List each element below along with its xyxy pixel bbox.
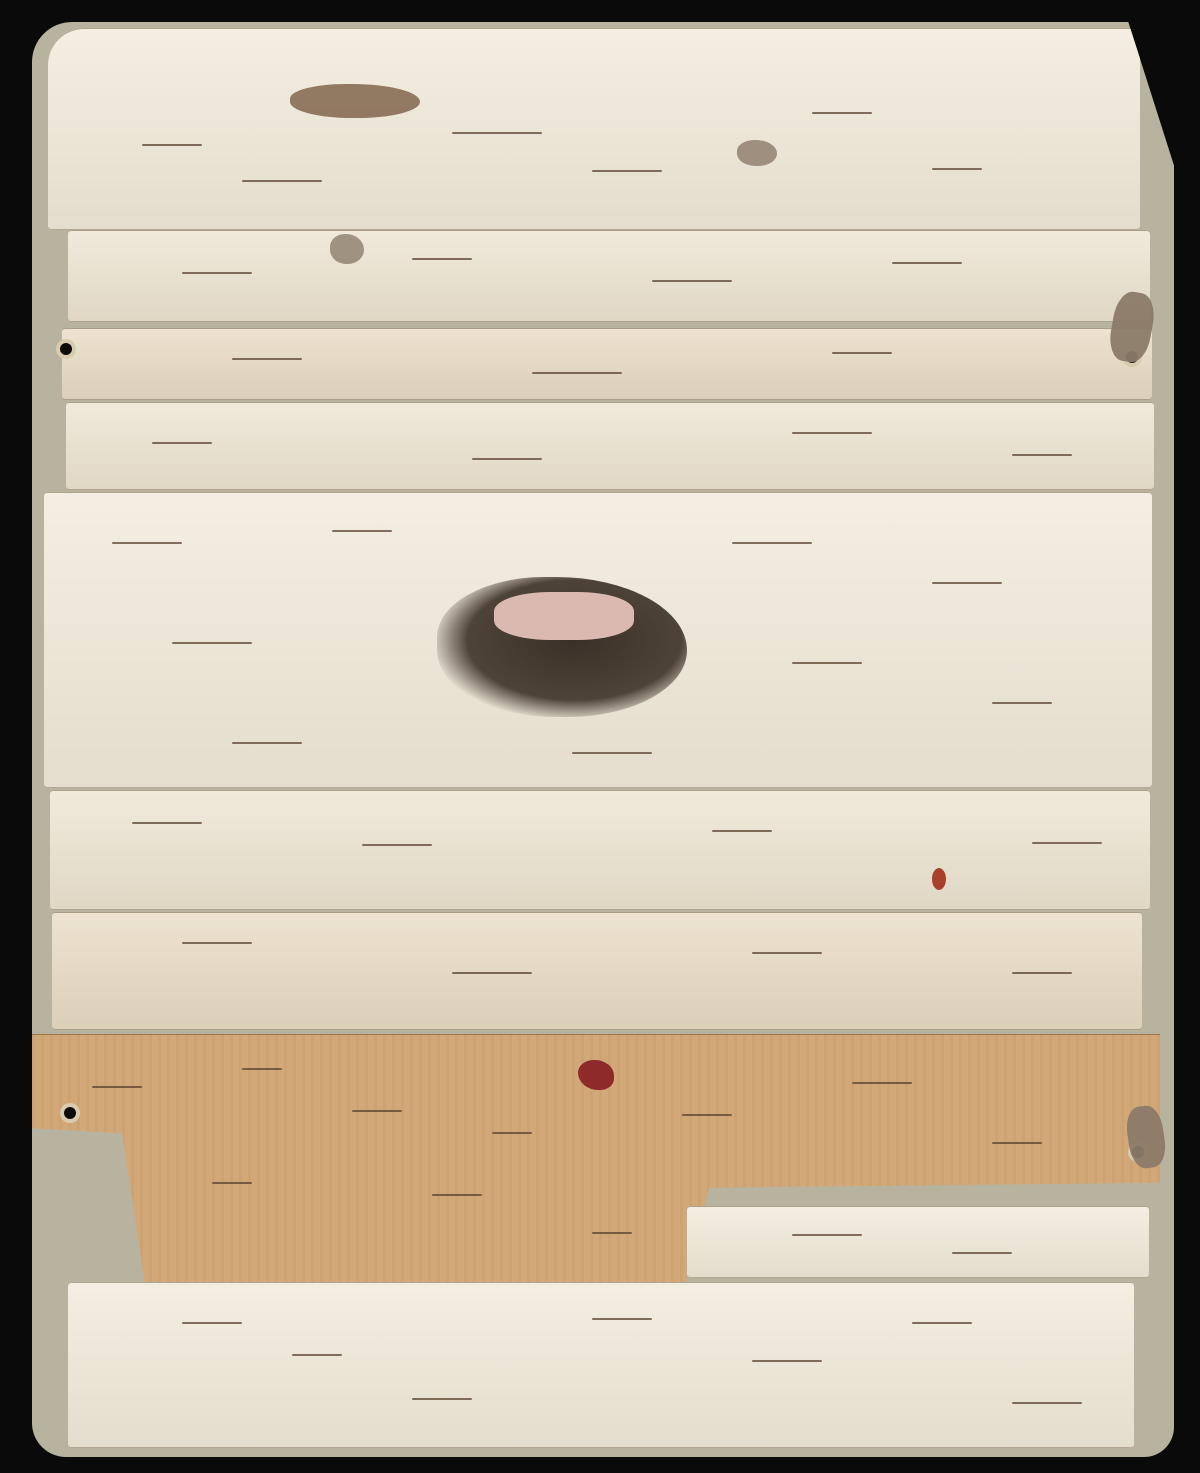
lenticel [212,1182,252,1184]
lenticel [812,112,872,114]
bark-scar-top-right [737,140,777,166]
lenticel [472,458,542,460]
lenticel [92,1086,142,1088]
lenticel [932,582,1002,584]
lenticel [992,702,1052,704]
lenticel [932,168,982,170]
lenticel [952,1252,1012,1254]
lenticel [172,642,252,644]
lenticel [592,1318,652,1320]
lenticel [492,1132,532,1134]
lenticel [242,1068,282,1070]
lenticel [592,170,662,172]
lenticel [792,662,862,664]
lenticel [732,542,812,544]
binding-hole-left-lower [64,1107,76,1119]
lenticel [132,822,202,824]
bark-scar-2 [330,234,364,264]
lenticel [1012,972,1072,974]
bark-knot-core [494,592,634,640]
bark-strip-9 [68,1282,1134,1448]
lenticel [182,942,252,944]
bark-strip-6 [50,790,1150,910]
lenticel [182,1322,242,1324]
lenticel [112,542,182,544]
lenticel [352,1110,402,1112]
lenticel [1032,842,1102,844]
lenticel [152,442,212,444]
bark-strip-3 [62,328,1152,400]
bark-strip-2 [68,230,1150,322]
lenticel [912,1322,972,1324]
lenticel [852,1082,912,1084]
lenticel [452,132,542,134]
lenticel [752,1360,822,1362]
lenticel [1012,1402,1082,1404]
lenticel [1012,454,1072,456]
bark-strip-4 [66,402,1154,490]
lenticel [832,352,892,354]
lenticel [752,952,822,954]
lenticel [412,258,472,260]
lenticel [792,432,872,434]
lenticel [182,272,252,274]
lenticel [412,1398,472,1400]
bark-strip-8 [687,1206,1149,1278]
lenticel [652,280,732,282]
bark-strip-1 [48,28,1140,230]
lenticel [432,1194,482,1196]
lenticel [452,972,532,974]
lenticel [242,180,322,182]
lenticel [712,830,772,832]
bark-strip-7 [52,912,1142,1030]
lenticel [292,1354,342,1356]
lenticel [792,1234,862,1236]
binding-hole-left-upper [60,343,72,355]
lenticel [232,358,302,360]
lenticel [892,262,962,264]
lenticel [532,372,622,374]
lenticel [992,1142,1042,1144]
lenticel [682,1114,732,1116]
lenticel [232,742,302,744]
rust-stain [932,868,946,890]
lenticel [572,752,652,754]
lenticel [362,844,432,846]
lenticel [592,1232,632,1234]
lenticel [332,530,392,532]
birch-bark-board [32,22,1174,1457]
lenticel [142,144,202,146]
bark-scar-top [290,84,420,118]
